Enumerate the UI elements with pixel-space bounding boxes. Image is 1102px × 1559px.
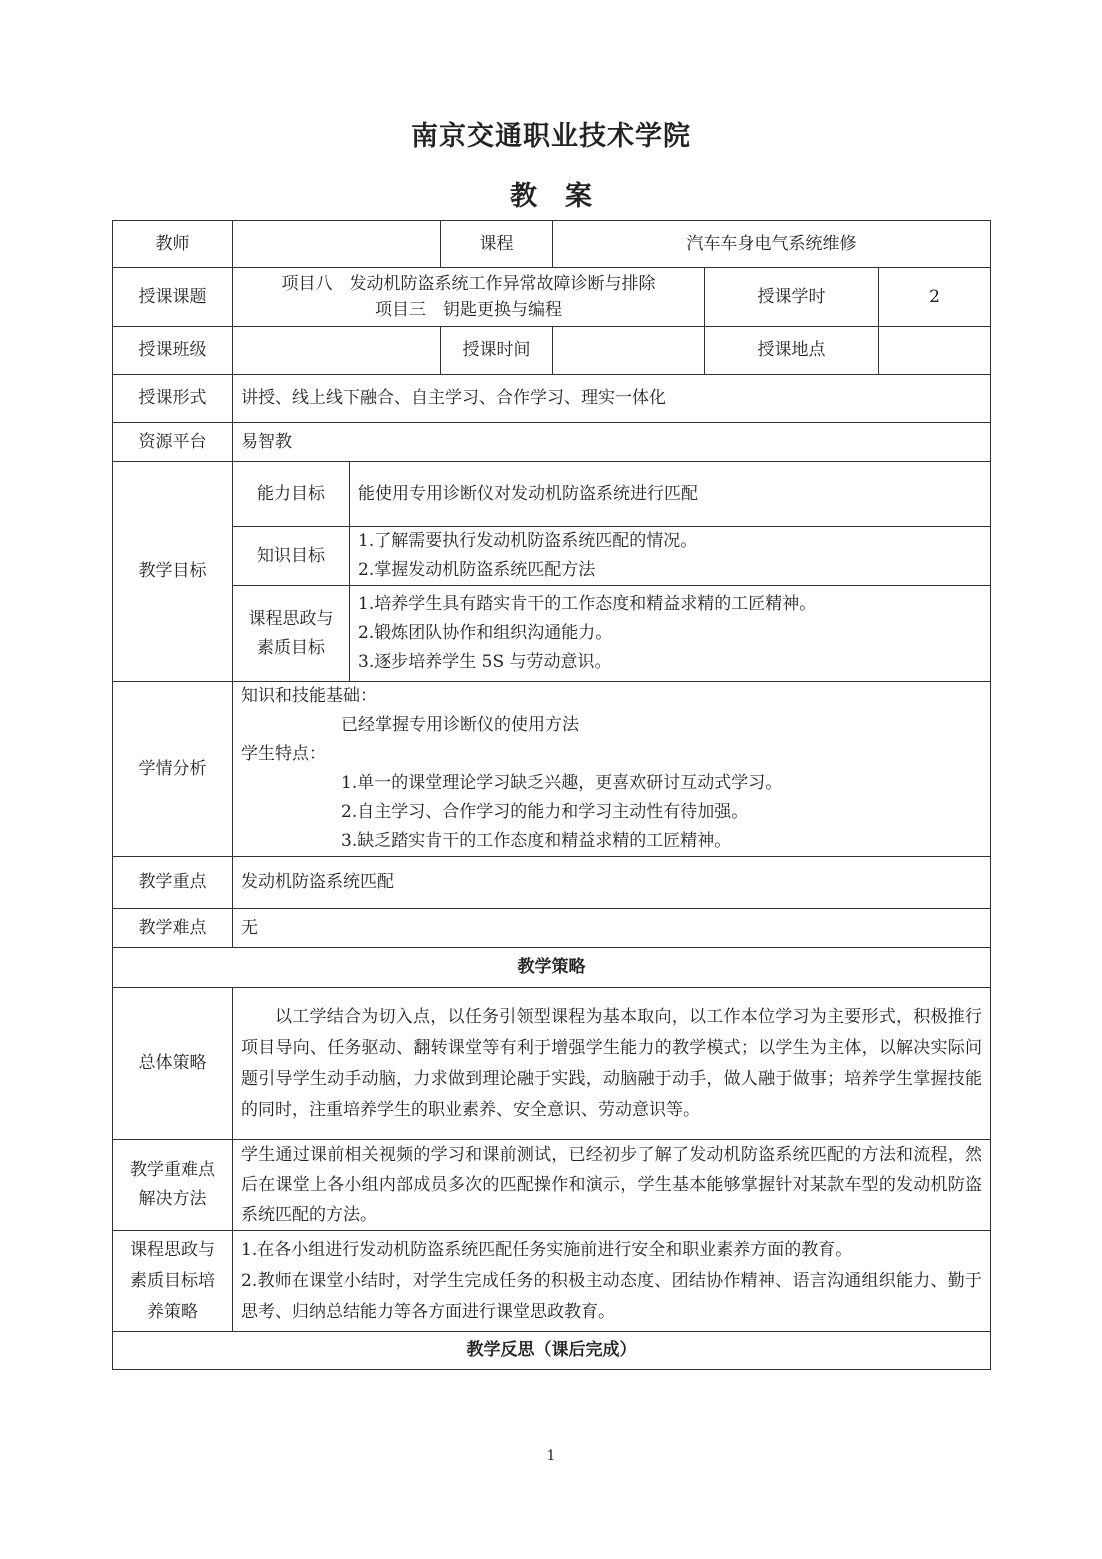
strategy-heading: 教学策略 [113, 948, 991, 988]
topic-label: 授课课题 [113, 268, 233, 327]
analysis-label: 学情分析 [113, 682, 233, 857]
overall-label: 总体策略 [113, 988, 233, 1140]
ideology-strategy-label-line-3: 养策略 [121, 1297, 224, 1328]
ideology-strategy-value: 1.在各小组进行发动机防盗系统匹配任务实施前进行安全和职业素养方面的教育。 2.… [233, 1231, 991, 1332]
key-point-value: 发动机防盗系统匹配 [233, 857, 991, 909]
row-knowledge-objective: 知识目标 1.了解需要执行发动机防盗系统匹配的情况。 2.掌握发动机防盗系统匹配… [113, 527, 991, 586]
ability-value: 能使用专用诊断仪对发动机防盗系统进行匹配 [350, 462, 991, 527]
hours-label: 授课学时 [705, 268, 879, 327]
ideology-label-line-2: 素质目标 [241, 634, 341, 663]
form-label: 授课形式 [113, 375, 233, 423]
teacher-label: 教师 [113, 221, 233, 268]
document-title-char-1: 教 [510, 181, 537, 212]
topic-line-1: 项目八 发动机防盗系统工作异常故障诊断与排除 [241, 271, 696, 297]
school-name: 南京交通职业技术学院 [0, 114, 1102, 153]
knowledge-item: 2.掌握发动机防盗系统匹配方法 [358, 556, 982, 585]
time-value[interactable] [553, 327, 705, 375]
trait-item: 1.单一的课堂理论学习缺乏兴趣，更喜欢研讨互动式学习。 [241, 769, 982, 798]
trait-item: 2.自主学习、合作学习的能力和学习主动性有待加强。 [241, 798, 982, 827]
page-number: 1 [0, 1448, 1102, 1464]
solution-value: 学生通过课前相关视频的学习和课前测试，已经初步了解了发动机防盗系统匹配的方法和流… [233, 1140, 991, 1231]
ideology-item: 1.培养学生具有踏实肯干的工作态度和精益求精的工匠精神。 [358, 590, 982, 619]
key-point-label: 教学重点 [113, 857, 233, 909]
ideology-item: 3.逐步培养学生 5S 与劳动意识。 [358, 648, 982, 677]
solution-label: 教学重难点 解决方法 [113, 1140, 233, 1231]
overall-value: 以工学结合为切入点，以任务引领型课程为基本取向，以工作本位学习为主要形式，积极推… [233, 988, 991, 1140]
row-class-time-place: 授课班级 授课时间 授课地点 [113, 327, 991, 375]
ideology-label: 课程思政与 素质目标 [233, 586, 350, 682]
class-label: 授课班级 [113, 327, 233, 375]
teacher-value[interactable] [233, 221, 441, 268]
knowledge-item: 1.了解需要执行发动机防盗系统匹配的情况。 [358, 527, 982, 556]
row-strategy-heading: 教学策略 [113, 948, 991, 988]
platform-value: 易智教 [233, 423, 991, 462]
lesson-plan-table: 教师 课程 汽车车身电气系统维修 授课课题 项目八 发动机防盗系统工作异常故障诊… [112, 220, 991, 1370]
row-topic: 授课课题 项目八 发动机防盗系统工作异常故障诊断与排除 项目三 钥匙更换与编程 … [113, 268, 991, 327]
hours-value: 2 [879, 268, 991, 327]
document-title: 教案 [0, 174, 1102, 213]
row-form: 授课形式 讲授、线上线下融合、自主学习、合作学习、理实一体化 [113, 375, 991, 423]
place-label: 授课地点 [705, 327, 879, 375]
trait-item: 3.缺乏踏实肯干的工作态度和精益求精的工匠精神。 [241, 827, 982, 856]
row-overall-strategy: 总体策略 以工学结合为切入点，以任务引领型课程为基本取向，以工作本位学习为主要形… [113, 988, 991, 1140]
row-ideology-objective: 课程思政与 素质目标 1.培养学生具有踏实肯干的工作态度和精益求精的工匠精神。 … [113, 586, 991, 682]
objectives-label: 教学目标 [113, 462, 233, 682]
row-ideology-strategy: 课程思政与 素质目标培 养策略 1.在各小组进行发动机防盗系统匹配任务实施前进行… [113, 1231, 991, 1332]
course-value: 汽车车身电气系统维修 [553, 221, 991, 268]
basis-value: 已经掌握专用诊断仪的使用方法 [241, 711, 982, 740]
ideology-strategy-item: 1.在各小组进行发动机防盗系统匹配任务实施前进行安全和职业素养方面的教育。 [241, 1235, 982, 1266]
reflection-heading: 教学反思（课后完成） [113, 1332, 991, 1370]
knowledge-label: 知识目标 [233, 527, 350, 586]
row-key-point: 教学重点 发动机防盗系统匹配 [113, 857, 991, 909]
row-solution: 教学重难点 解决方法 学生通过课前相关视频的学习和课前测试，已经初步了解了发动机… [113, 1140, 991, 1231]
course-label: 课程 [441, 221, 553, 268]
row-ability-objective: 教学目标 能力目标 能使用专用诊断仪对发动机防盗系统进行匹配 [113, 462, 991, 527]
ideology-strategy-label-line-2: 素质目标培 [121, 1266, 224, 1297]
ideology-label-line-1: 课程思政与 [241, 605, 341, 634]
ideology-strategy-label-line-1: 课程思政与 [121, 1235, 224, 1266]
difficulty-value: 无 [233, 909, 991, 948]
row-analysis: 学情分析 知识和技能基础： 已经掌握专用诊断仪的使用方法 学生特点： 1.单一的… [113, 682, 991, 857]
topic-line-2: 项目三 钥匙更换与编程 [241, 297, 696, 323]
ideology-item: 2.锻炼团队协作和组织沟通能力。 [358, 619, 982, 648]
solution-label-line-2: 解决方法 [121, 1185, 224, 1214]
topic-value: 项目八 发动机防盗系统工作异常故障诊断与排除 项目三 钥匙更换与编程 [233, 268, 705, 327]
ideology-strategy-item: 2.教师在课堂小结时，对学生完成任务的积极主动态度、团结协作精神、语言沟通组织能… [241, 1266, 982, 1328]
difficulty-label: 教学难点 [113, 909, 233, 948]
knowledge-value: 1.了解需要执行发动机防盗系统匹配的情况。 2.掌握发动机防盗系统匹配方法 [350, 527, 991, 586]
analysis-value: 知识和技能基础： 已经掌握专用诊断仪的使用方法 学生特点： 1.单一的课堂理论学… [233, 682, 991, 857]
class-value[interactable] [233, 327, 441, 375]
platform-label: 资源平台 [113, 423, 233, 462]
place-value[interactable] [879, 327, 991, 375]
document-title-char-2: 案 [565, 181, 592, 212]
row-reflection-heading: 教学反思（课后完成） [113, 1332, 991, 1370]
ability-label: 能力目标 [233, 462, 350, 527]
row-platform: 资源平台 易智教 [113, 423, 991, 462]
basis-heading: 知识和技能基础： [241, 682, 982, 711]
row-teacher-course: 教师 课程 汽车车身电气系统维修 [113, 221, 991, 268]
form-value: 讲授、线上线下融合、自主学习、合作学习、理实一体化 [233, 375, 991, 423]
row-difficulty: 教学难点 无 [113, 909, 991, 948]
ideology-strategy-label: 课程思政与 素质目标培 养策略 [113, 1231, 233, 1332]
ideology-value: 1.培养学生具有踏实肯干的工作态度和精益求精的工匠精神。 2.锻炼团队协作和组织… [350, 586, 991, 682]
time-label: 授课时间 [441, 327, 553, 375]
solution-label-line-1: 教学重难点 [121, 1156, 224, 1185]
traits-heading: 学生特点： [241, 740, 982, 769]
